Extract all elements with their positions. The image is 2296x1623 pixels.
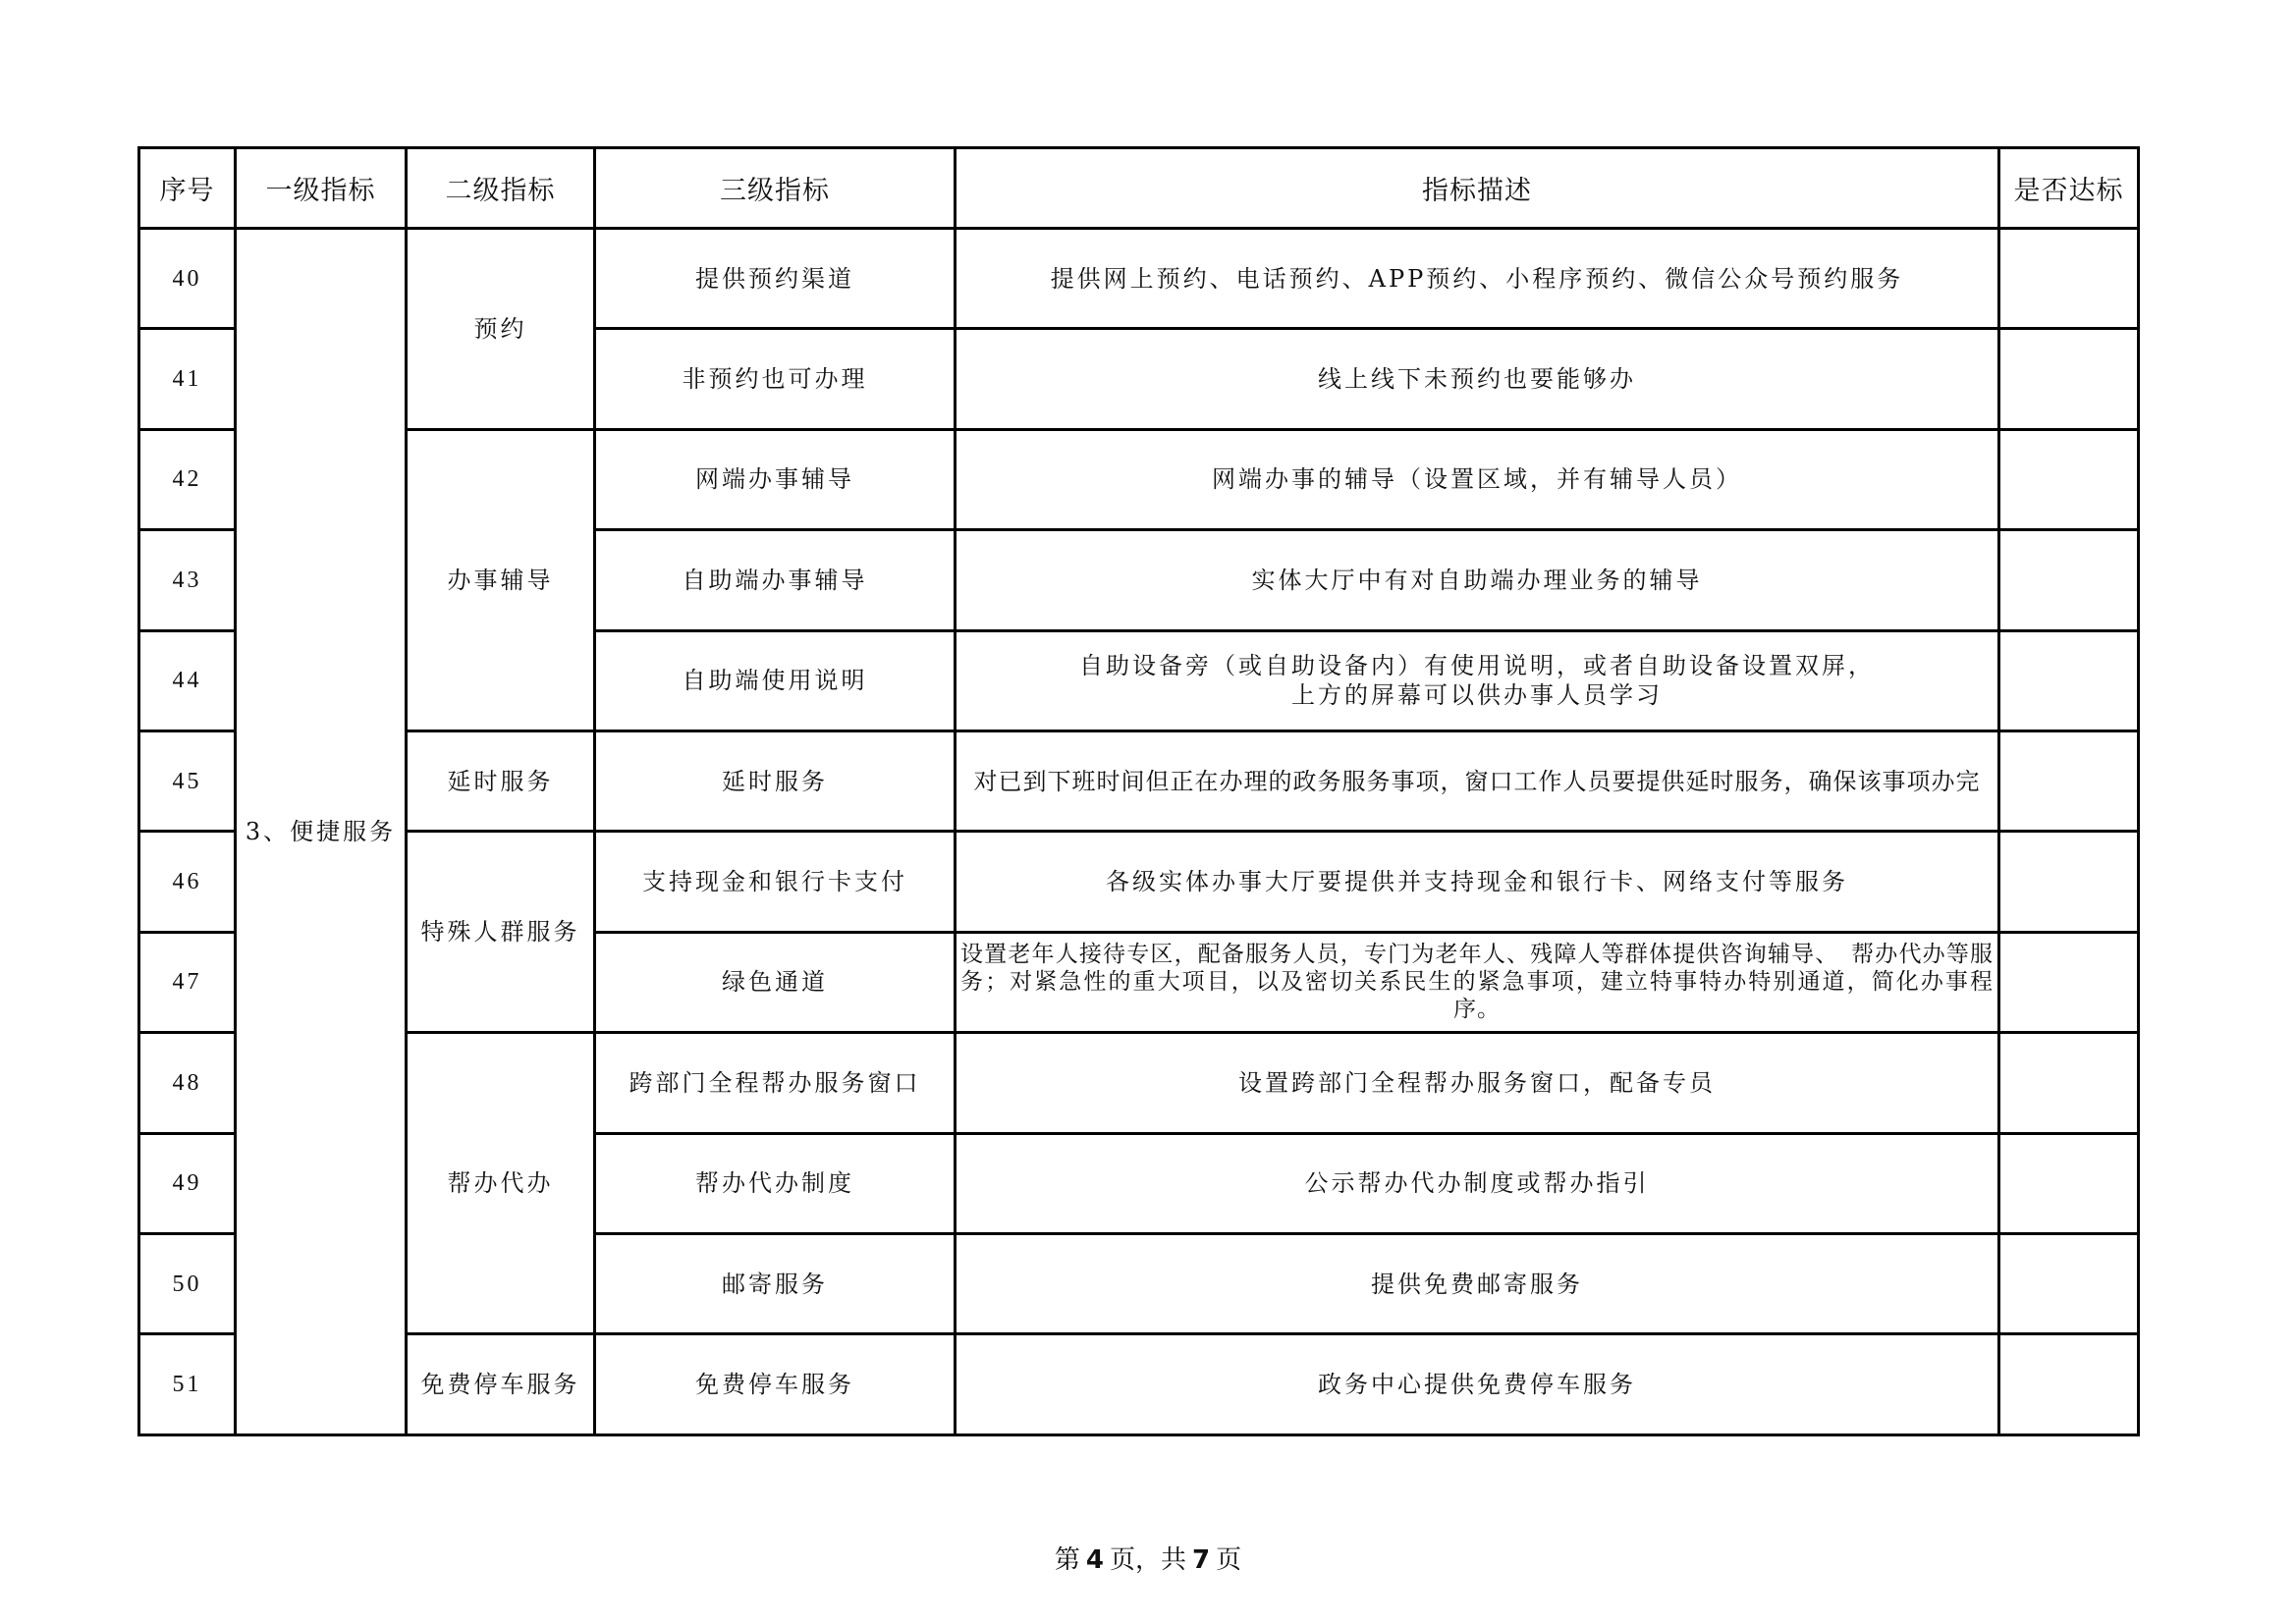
header-seq: 序号 bbox=[139, 148, 236, 229]
cell-level3: 非预约也可办理 bbox=[595, 329, 956, 429]
cell-description: 设置老年人接待专区，配备服务人员，专门为老年人、残障人等群体提供咨询辅导、 帮办… bbox=[956, 932, 1999, 1032]
cell-level2-group: 办事辅导 bbox=[407, 429, 595, 730]
cell-description: 线上线下未预约也要能够办 bbox=[956, 329, 1999, 429]
cell-compliant[interactable] bbox=[1999, 630, 2139, 730]
cell-seq: 49 bbox=[139, 1133, 236, 1233]
cell-seq: 47 bbox=[139, 932, 236, 1032]
cell-compliant[interactable] bbox=[1999, 530, 2139, 630]
cell-compliant[interactable] bbox=[1999, 932, 2139, 1032]
document-page: 序号 一级指标 二级指标 三级指标 指标描述 是否达标 40 3、便捷服务 预约… bbox=[0, 0, 2296, 1623]
cell-level3: 网端办事辅导 bbox=[595, 429, 956, 529]
cell-seq: 46 bbox=[139, 832, 236, 932]
cell-description: 各级实体办事大厅要提供并支持现金和银行卡、网络支付等服务 bbox=[956, 832, 1999, 932]
cell-seq: 50 bbox=[139, 1233, 236, 1333]
description-line: 上方的屏幕可以供办事人员学习 bbox=[962, 680, 1992, 710]
cell-compliant[interactable] bbox=[1999, 329, 2139, 429]
cell-description: 网端办事的辅导（设置区域，并有辅导人员） bbox=[956, 429, 1999, 529]
cell-compliant[interactable] bbox=[1999, 1133, 2139, 1233]
cell-level3: 提供预约渠道 bbox=[595, 229, 956, 329]
cell-level2-group: 免费停车服务 bbox=[407, 1334, 595, 1434]
page-footer: 第4页，共7页 bbox=[0, 1540, 2296, 1576]
footer-middle: 页，共 bbox=[1110, 1545, 1186, 1575]
cell-level1-group: 3、便捷服务 bbox=[236, 229, 407, 1435]
indicator-table: 序号 一级指标 二级指标 三级指标 指标描述 是否达标 40 3、便捷服务 预约… bbox=[137, 146, 2140, 1436]
cell-level3: 免费停车服务 bbox=[595, 1334, 956, 1434]
cell-level3: 支持现金和银行卡支付 bbox=[595, 832, 956, 932]
cell-description: 设置跨部门全程帮办服务窗口，配备专员 bbox=[956, 1033, 1999, 1133]
cell-compliant[interactable] bbox=[1999, 1233, 2139, 1333]
cell-level3: 自助端办事辅导 bbox=[595, 530, 956, 630]
cell-seq: 51 bbox=[139, 1334, 236, 1434]
cell-compliant[interactable] bbox=[1999, 429, 2139, 529]
cell-seq: 41 bbox=[139, 329, 236, 429]
cell-compliant[interactable] bbox=[1999, 1334, 2139, 1434]
cell-seq: 45 bbox=[139, 730, 236, 831]
table-row: 48 帮办代办 跨部门全程帮办服务窗口 设置跨部门全程帮办服务窗口，配备专员 bbox=[139, 1033, 2139, 1133]
cell-level2-group: 特殊人群服务 bbox=[407, 832, 595, 1033]
cell-description: 对已到下班时间但正在办理的政务服务事项，窗口工作人员要提供延时服务，确保该事项办… bbox=[956, 730, 1999, 831]
cell-description: 实体大厅中有对自助端办理业务的辅导 bbox=[956, 530, 1999, 630]
cell-level2-group: 预约 bbox=[407, 229, 595, 430]
table-header-row: 序号 一级指标 二级指标 三级指标 指标描述 是否达标 bbox=[139, 148, 2139, 229]
table-row: 46 特殊人群服务 支持现金和银行卡支付 各级实体办事大厅要提供并支持现金和银行… bbox=[139, 832, 2139, 932]
cell-description: 公示帮办代办制度或帮办指引 bbox=[956, 1133, 1999, 1233]
cell-description: 自助设备旁（或自助设备内）有使用说明，或者自助设备设置双屏， 上方的屏幕可以供办… bbox=[956, 630, 1999, 730]
description-line: 自助设备旁（或自助设备内）有使用说明，或者自助设备设置双屏， bbox=[962, 651, 1992, 680]
cell-seq: 42 bbox=[139, 429, 236, 529]
table-row: 45 延时服务 延时服务 对已到下班时间但正在办理的政务服务事项，窗口工作人员要… bbox=[139, 730, 2139, 831]
footer-prefix: 第 bbox=[1055, 1545, 1080, 1575]
cell-description: 政务中心提供免费停车服务 bbox=[956, 1334, 1999, 1434]
cell-level3: 延时服务 bbox=[595, 730, 956, 831]
cell-level3: 自助端使用说明 bbox=[595, 630, 956, 730]
cell-level2-group: 延时服务 bbox=[407, 730, 595, 831]
cell-compliant[interactable] bbox=[1999, 229, 2139, 329]
footer-suffix: 页 bbox=[1216, 1545, 1241, 1575]
cell-description: 提供免费邮寄服务 bbox=[956, 1233, 1999, 1333]
table-row: 42 办事辅导 网端办事辅导 网端办事的辅导（设置区域，并有辅导人员） bbox=[139, 429, 2139, 529]
cell-compliant[interactable] bbox=[1999, 832, 2139, 932]
cell-compliant[interactable] bbox=[1999, 730, 2139, 831]
cell-level2-group: 帮办代办 bbox=[407, 1033, 595, 1334]
cell-level3: 帮办代办制度 bbox=[595, 1133, 956, 1233]
cell-description: 提供网上预约、电话预约、APP预约、小程序预约、微信公众号预约服务 bbox=[956, 229, 1999, 329]
header-description: 指标描述 bbox=[956, 148, 1999, 229]
header-level1: 一级指标 bbox=[236, 148, 407, 229]
cell-seq: 44 bbox=[139, 630, 236, 730]
table-row: 51 免费停车服务 免费停车服务 政务中心提供免费停车服务 bbox=[139, 1334, 2139, 1434]
header-level3: 三级指标 bbox=[595, 148, 956, 229]
cell-seq: 48 bbox=[139, 1033, 236, 1133]
cell-seq: 43 bbox=[139, 530, 236, 630]
header-level2: 二级指标 bbox=[407, 148, 595, 229]
cell-level3: 邮寄服务 bbox=[595, 1233, 956, 1333]
total-page-count: 7 bbox=[1192, 1545, 1210, 1575]
cell-compliant[interactable] bbox=[1999, 1033, 2139, 1133]
header-compliant: 是否达标 bbox=[1999, 148, 2139, 229]
cell-seq: 40 bbox=[139, 229, 236, 329]
cell-level3: 绿色通道 bbox=[595, 932, 956, 1032]
cell-level3: 跨部门全程帮办服务窗口 bbox=[595, 1033, 956, 1133]
current-page-number: 4 bbox=[1086, 1545, 1104, 1575]
table-row: 40 3、便捷服务 预约 提供预约渠道 提供网上预约、电话预约、APP预约、小程… bbox=[139, 229, 2139, 329]
